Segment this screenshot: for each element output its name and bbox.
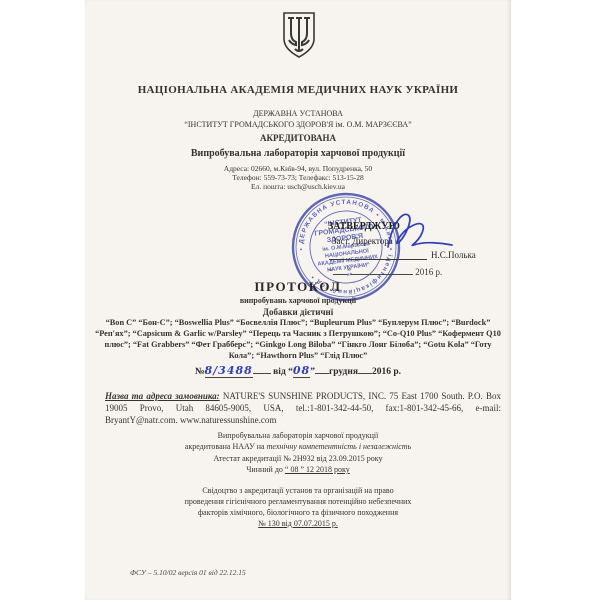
day-value: 08 bbox=[293, 364, 310, 378]
footer-code: ФСУ – 5.10/02 версія 01 від 22.12.15 bbox=[130, 568, 246, 577]
accredited-label: АКРЕДИТОВАНА bbox=[85, 133, 511, 143]
certificate-number: № 130 від 07.07.2015 р. bbox=[85, 519, 511, 528]
customer-label: Назва та адреса замовника: bbox=[105, 391, 220, 401]
customer-paragraph: Назва та адреса замовника: NATURE'S SUNS… bbox=[105, 390, 501, 426]
approval-date-line: “” 2016 р. bbox=[329, 265, 442, 277]
approver-name: Н.С.Полька bbox=[431, 250, 476, 260]
institute-name: “ІНСТИТУТ ГРОМАДСЬКОГО ЗДОРОВ'Я ім. О.М.… bbox=[85, 120, 511, 129]
number-prefix: № bbox=[195, 367, 205, 377]
trident-emblem-icon bbox=[281, 11, 317, 59]
approval-year: 2016 р. bbox=[415, 267, 442, 277]
category-title: Добавки дієтичні bbox=[85, 307, 511, 317]
certificate-line2: проведення гігієнічного регламентування … bbox=[85, 497, 511, 506]
certificate-line1: Свідоцтво з акредитації установ та орган… bbox=[85, 486, 511, 495]
org-type: ДЕРЖАВНА УСТАНОВА bbox=[85, 109, 511, 118]
from-label: від bbox=[273, 367, 286, 377]
accreditation-line2-normal: акредитована НААУ на bbox=[185, 442, 267, 451]
attestation-line: Атестат акредитації № 2Н932 від 23.09.20… bbox=[85, 454, 511, 463]
phone-line: Телефон: 559-73-73; Телефакс: 513-15-28 bbox=[85, 173, 511, 182]
products-list: “Bon C” “Бон-С”; “Boswellia Plus” “Босве… bbox=[91, 317, 505, 361]
address-line: Адреса: 02660, м.Київ-94, вул. Попудренк… bbox=[85, 164, 511, 173]
certificate-line3: факторів хімічного, біологічного та фізи… bbox=[85, 508, 511, 517]
year-label: 2016 р. bbox=[372, 367, 401, 377]
number-value: 8/3488 bbox=[205, 364, 253, 378]
protocol-number-line: №8/3488 від “08”грудня2016 р. bbox=[85, 364, 511, 377]
valid-until-prefix: Чинний до bbox=[246, 465, 285, 474]
email-line: Ел. пошта: usch@usch.kiev.ua bbox=[85, 182, 511, 191]
lab-title: Випробувальна лабораторія харчової проду… bbox=[85, 148, 511, 159]
accreditation-line2-italic: технічну компетентність і незалежність bbox=[267, 442, 412, 451]
scan-page: НАЦІОНАЛЬНА АКАДЕМІЯ МЕДИЧНИХ НАУК УКРАЇ… bbox=[85, 0, 511, 600]
month-label: грудня bbox=[329, 367, 358, 377]
accreditation-line2: акредитована НААУ на технічну компетентн… bbox=[85, 442, 511, 451]
academy-title: НАЦІОНАЛЬНА АКАДЕМІЯ МЕДИЧНИХ НАУК УКРАЇ… bbox=[85, 84, 511, 96]
protocol-title: ПРОТОКОЛ bbox=[85, 279, 511, 295]
protocol-subtitle: випробувань харчової продукції bbox=[85, 296, 511, 305]
signature-line bbox=[329, 259, 427, 260]
accreditation-line1: Випробувальна лабораторія харчової проду… bbox=[85, 431, 511, 440]
valid-until-date: “ 08 ” 12 2018 року bbox=[285, 465, 350, 474]
valid-until-line: Чинний до “ 08 ” 12 2018 року bbox=[85, 465, 511, 474]
